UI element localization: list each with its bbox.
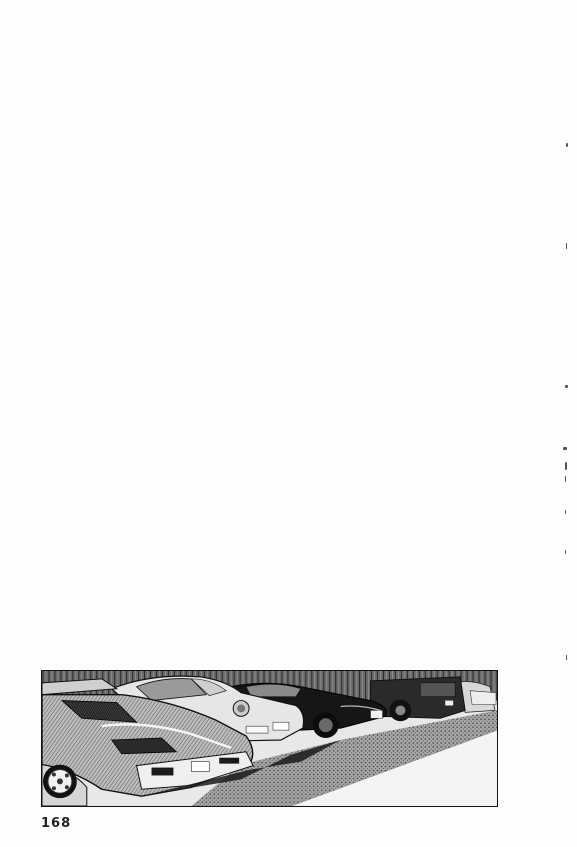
parked-cars-illustration (42, 671, 497, 806)
manga-page: 168 (0, 0, 577, 847)
page-number: 168 (41, 816, 71, 831)
comic-panel-parked-cars (41, 670, 498, 807)
scan-edge-marks (560, 0, 577, 847)
